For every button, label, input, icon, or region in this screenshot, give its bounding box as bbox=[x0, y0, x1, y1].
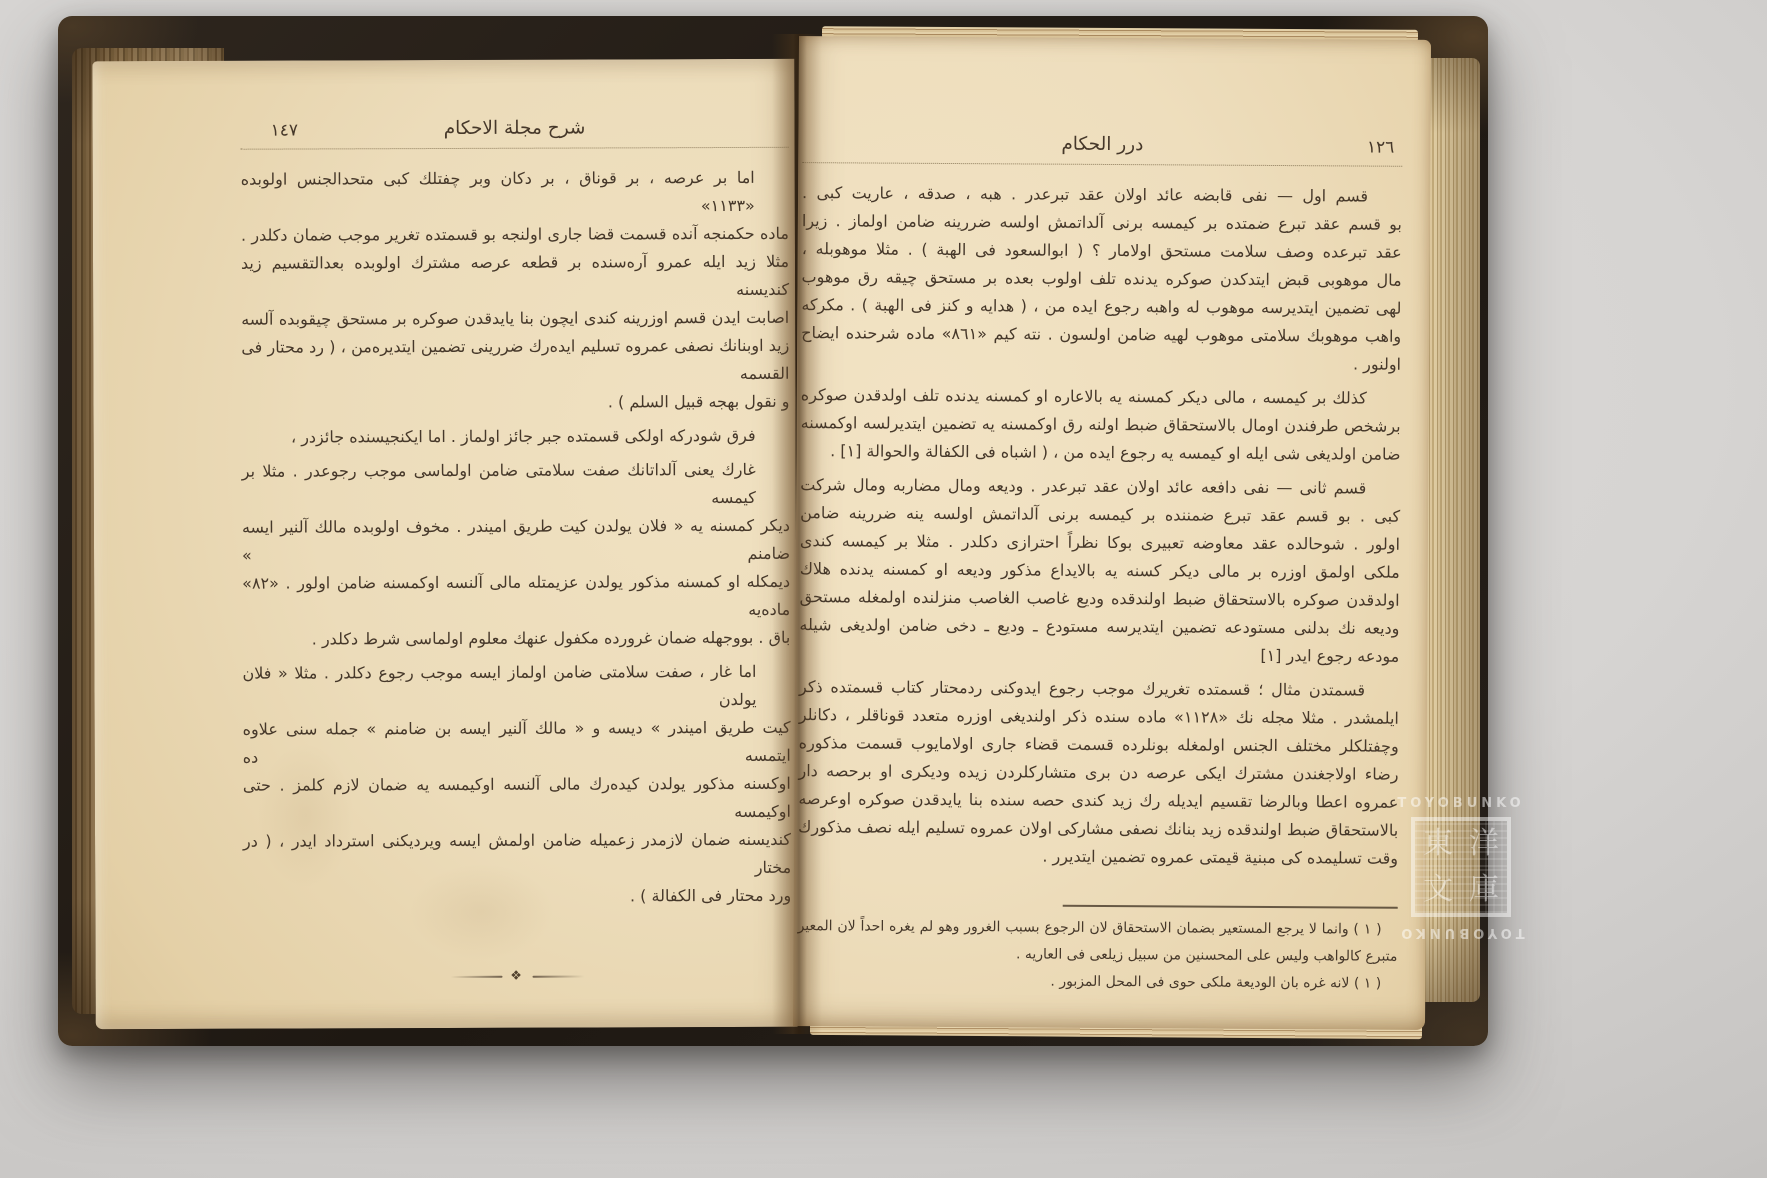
paragraph: كذلك بر كيمسه ، مالى ديكر كمسنه يه بالاع… bbox=[800, 381, 1401, 469]
seal-character: 東 bbox=[1415, 821, 1461, 867]
text-line: ديمكله او كمسنه مذكور يولدن عزيمتله مالى… bbox=[242, 568, 790, 626]
text-line: كبى . بو قسم عقد تبرع ضمننده بر كيمسه بر… bbox=[800, 499, 1400, 531]
text-line: كنديسنه ضمان لازمدر زعميله ضامن اولمش اي… bbox=[243, 826, 791, 884]
section-divider-ornament: ❖ bbox=[243, 968, 791, 985]
left-page-number: ١٤٧ bbox=[271, 121, 298, 141]
text-line: اصابت ايدن قسم اوزرينه كندى ايچون بنا يا… bbox=[241, 304, 789, 334]
text-line: ماده حكمنجه آنده قسمت قضا جارى اولنجه بو… bbox=[241, 220, 789, 250]
text-line: اولور . شوحالده عقد معاوضه تعبيرى بوكا ن… bbox=[800, 527, 1400, 559]
text-line: كذلك بر كيمسه ، مالى ديكر كمسنه يه بالاع… bbox=[801, 381, 1401, 413]
paragraph: قسمتدن مثال ؛ قسمتده تغريرك موجب رجوع اي… bbox=[798, 673, 1399, 873]
text-line: و نقول بهجه قبيل السلم ) . bbox=[241, 388, 789, 418]
text-line: اولنور . bbox=[801, 347, 1401, 379]
text-line: كيت طريق اميندر » ديسه و « مالك آلنير اي… bbox=[243, 714, 791, 772]
text-line: عقد تبرعده وصف سلامت مستحق اولامار ؟ ( ا… bbox=[802, 235, 1402, 267]
footnotes-block: ( ١ ) وانما لا يرجع المستعير بضمان الاست… bbox=[797, 913, 1397, 998]
text-line: لهى تضمين ايتديرسه موهوب له واهبه رجوع ا… bbox=[801, 291, 1401, 323]
paragraph: اما بر عرصه ، بر قوناق ، بر دكان وبر چفت… bbox=[241, 164, 790, 418]
text-line: ( ١ ) وانما لا يرجع المستعير بضمان الاست… bbox=[798, 913, 1398, 944]
text-line: وديعه نك بدلنى مستودعه تضمين ايتديرسه مس… bbox=[799, 611, 1399, 643]
left-page-header: ١٤٧ شرح مجلة الاحكام bbox=[241, 117, 789, 150]
photo-background: ١٤٧ شرح مجلة الاحكام اما بر عرصه ، بر قو… bbox=[0, 0, 1767, 1178]
text-line: مودعه رجوع ايدر [١] bbox=[799, 639, 1399, 671]
paragraph: قسم اول — نفى قابضه عائد اولان عقد تبرعد… bbox=[801, 179, 1402, 379]
text-line: واهب موهوبك سلامتى موهوب لهيه ضامن اولسو… bbox=[801, 319, 1401, 351]
left-page-content: ١٤٧ شرح مجلة الاحكام اما بر عرصه ، بر قو… bbox=[241, 117, 792, 985]
text-line: ايلمشدر . مثلا مجله نك «١١٢٨» ماده سنده … bbox=[799, 701, 1399, 733]
text-line: اوكسنه مذكور يولدن كيدەرك مالى آلنسه اوك… bbox=[243, 770, 791, 828]
right-page-number: ١٢٦ bbox=[1367, 138, 1395, 158]
text-line: ملكى اولمق اوزره بر مالى ديكر كسنه يه با… bbox=[800, 555, 1400, 587]
text-line: متبرع كالواهب وليس على المحسنين من سبيل … bbox=[797, 940, 1397, 971]
right-page: درر الحكام ١٢٦ قسم اول — نفى قابضه عائد … bbox=[793, 36, 1431, 1030]
text-line: ديكر كمسنه يه « فلان يولدن كيت طريق امين… bbox=[242, 512, 790, 570]
right-page-header: درر الحكام ١٢٦ bbox=[802, 132, 1402, 167]
text-line: باق . بووجهله ضمان غرورده مكفول عنهك معل… bbox=[242, 624, 790, 654]
footnote-rule bbox=[1063, 905, 1398, 909]
book-cover: ١٤٧ شرح مجلة الاحكام اما بر عرصه ، بر قو… bbox=[58, 16, 1488, 1046]
text-line: برشخص طرفندن اومال بالاستحقاق ضبط اولنه … bbox=[801, 409, 1401, 441]
seal-character: 文 bbox=[1415, 867, 1461, 913]
text-line: بالاستحقاق ضبط اولندقده زيد بنانك نصفى م… bbox=[798, 813, 1398, 845]
text-line: وچفتلكلر مختلف الجنس اولمغله بونلرده قسم… bbox=[799, 729, 1399, 761]
left-running-title: شرح مجلة الاحكام bbox=[444, 118, 586, 139]
text-line: ورد محتار فى الكفالة ) . bbox=[243, 882, 791, 912]
watermark-text-top: TOYOBUNKO bbox=[1392, 796, 1530, 811]
text-line: قسم اول — نفى قابضه عائد اولان عقد تبرعد… bbox=[802, 179, 1402, 211]
text-line: زيد اوبنانك نصفى عمروه تسليم ايدەرك ضرري… bbox=[241, 332, 789, 390]
footnote: ( ١ ) لانه غره بان الوديعة ملكى حوى فى ا… bbox=[797, 967, 1397, 998]
paragraph: غارك يعنى آلداتانك صفت سلامتى ضامن اولما… bbox=[242, 456, 791, 654]
right-running-title: درر الحكام bbox=[1061, 134, 1143, 156]
text-line: مثلا زيد ايله عمرو آرەسنده بر قطعه عرصه … bbox=[241, 248, 789, 306]
text-line: عمروه اعطا وبالرضا تقسيم ايديله رك زيد ك… bbox=[798, 785, 1398, 817]
left-page: ١٤٧ شرح مجلة الاحكام اما بر عرصه ، بر قو… bbox=[92, 59, 797, 1029]
paragraph: اما غار ، صفت سلامتى ضامن اولماز ايسه مو… bbox=[242, 658, 791, 912]
text-line: قسمتدن مثال ؛ قسمتده تغريرك موجب رجوع اي… bbox=[799, 673, 1399, 705]
ornament-icon: ❖ bbox=[510, 969, 525, 984]
seal-character: 洋 bbox=[1461, 821, 1507, 867]
text-line: قسم ثانى — نفى دافعه عائد اولان عقد تبرع… bbox=[800, 471, 1400, 503]
text-line: ضامن اولديغى شى ايله او كيمسه يه رجوع اي… bbox=[800, 437, 1400, 469]
footnote: ( ١ ) وانما لا يرجع المستعير بضمان الاست… bbox=[797, 913, 1397, 971]
text-line: وقت تسليمده كى مبنية قيمتى عمروه تضمين ا… bbox=[798, 841, 1398, 873]
text-line: اولدقدن صوكره بالاستحقاق ضبط اولندقده ود… bbox=[800, 583, 1400, 615]
text-line: ( ١ ) لانه غره بان الوديعة ملكى حوى فى ا… bbox=[797, 967, 1397, 998]
text-line: بو قسم عقد تبرع ضمتده بر كيمسه برنى آلدا… bbox=[802, 207, 1402, 239]
watermark-text-bottom: TOYOBUNKO bbox=[1392, 925, 1530, 940]
text-line: فرق شودركه اولكى قسمتده جبر جائز اولماز … bbox=[242, 422, 790, 452]
text-line: رضاء اولاجغندن مشترك ايكى عرصه دن برى مت… bbox=[798, 757, 1398, 789]
paragraph: قسم ثانى — نفى دافعه عائد اولان عقد تبرع… bbox=[799, 471, 1400, 671]
library-seal-icon: 東 洋 文 庫 bbox=[1411, 817, 1511, 917]
text-line: غارك يعنى آلداتانك صفت سلامتى ضامن اولما… bbox=[242, 456, 790, 514]
text-line: اما غار ، صفت سلامتى ضامن اولماز ايسه مو… bbox=[242, 658, 790, 716]
text-line: اما بر عرصه ، بر قوناق ، بر دكان وبر چفت… bbox=[241, 164, 789, 222]
library-watermark: TOYOBUNKO 東 洋 文 庫 TOYOBUNKO bbox=[1392, 796, 1530, 940]
seal-character: 庫 bbox=[1461, 867, 1507, 913]
text-line: مال موهوبى قبض ايتدكدن صوكره يدنده تلف ا… bbox=[801, 263, 1401, 295]
right-page-content: درر الحكام ١٢٦ قسم اول — نفى قابضه عائد … bbox=[797, 132, 1402, 998]
paragraph: فرق شودركه اولكى قسمتده جبر جائز اولماز … bbox=[242, 422, 790, 452]
